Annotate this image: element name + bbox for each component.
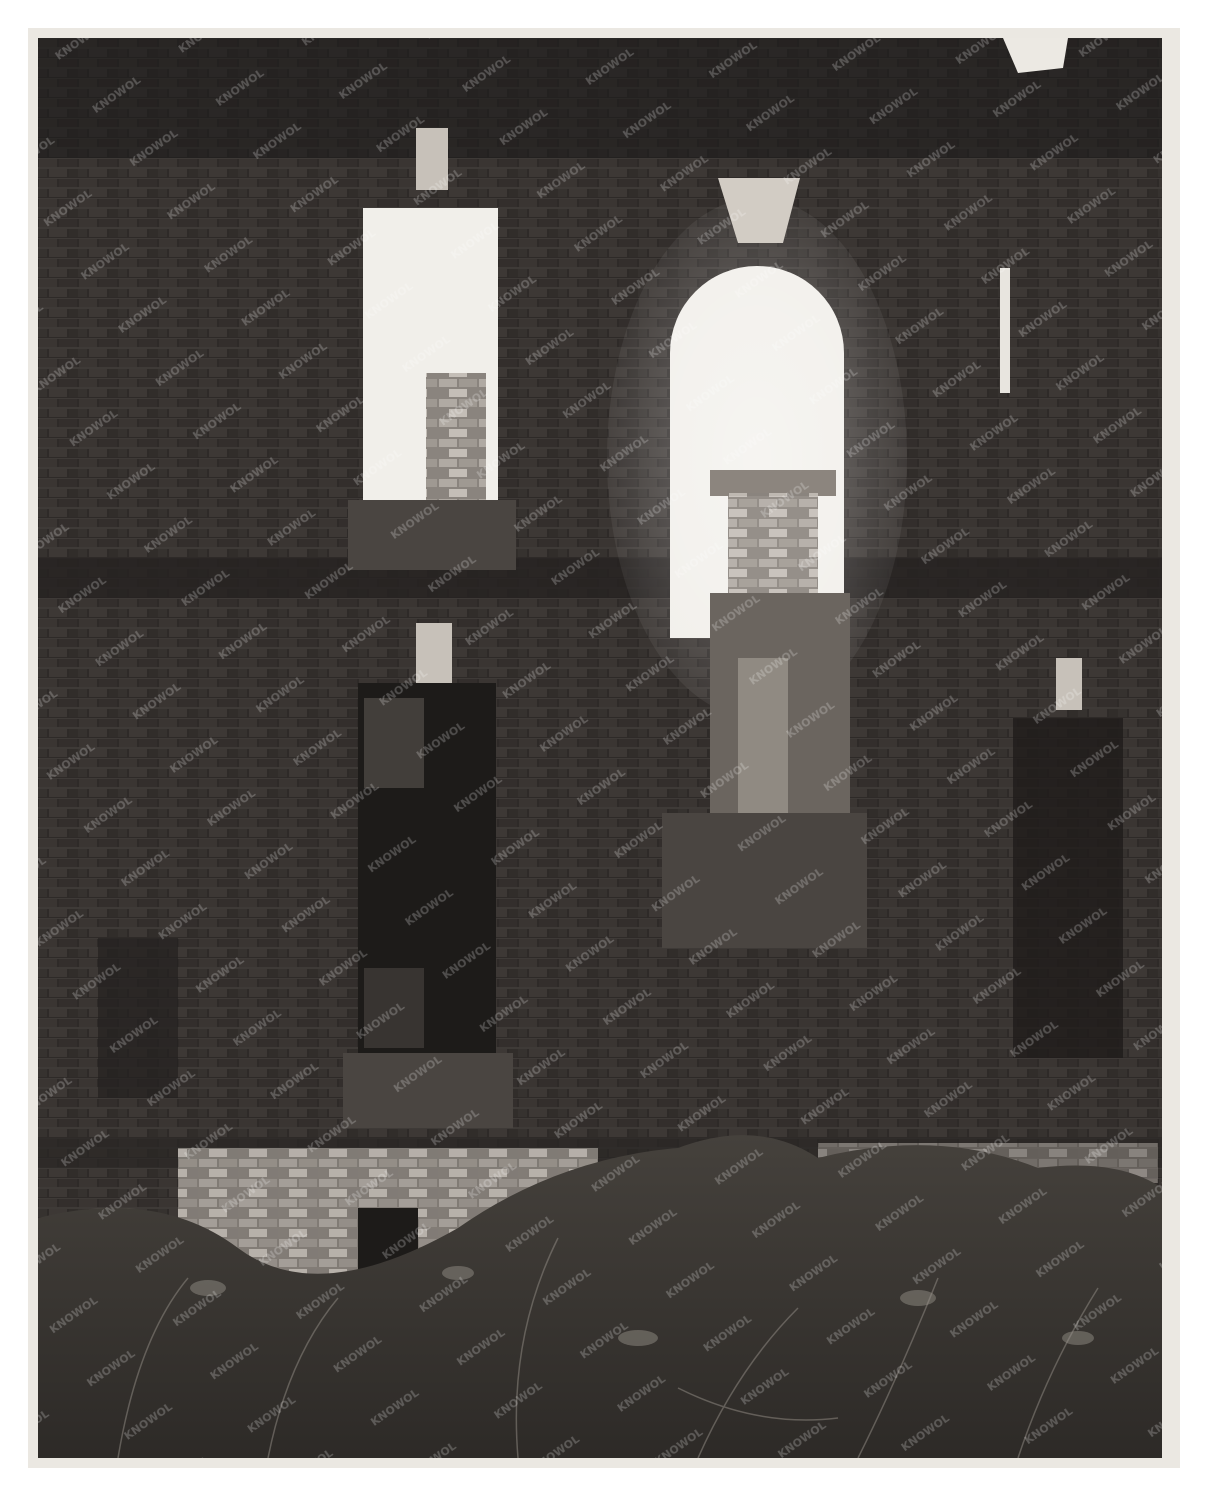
photograph: KNOWOL: [38, 38, 1162, 1458]
